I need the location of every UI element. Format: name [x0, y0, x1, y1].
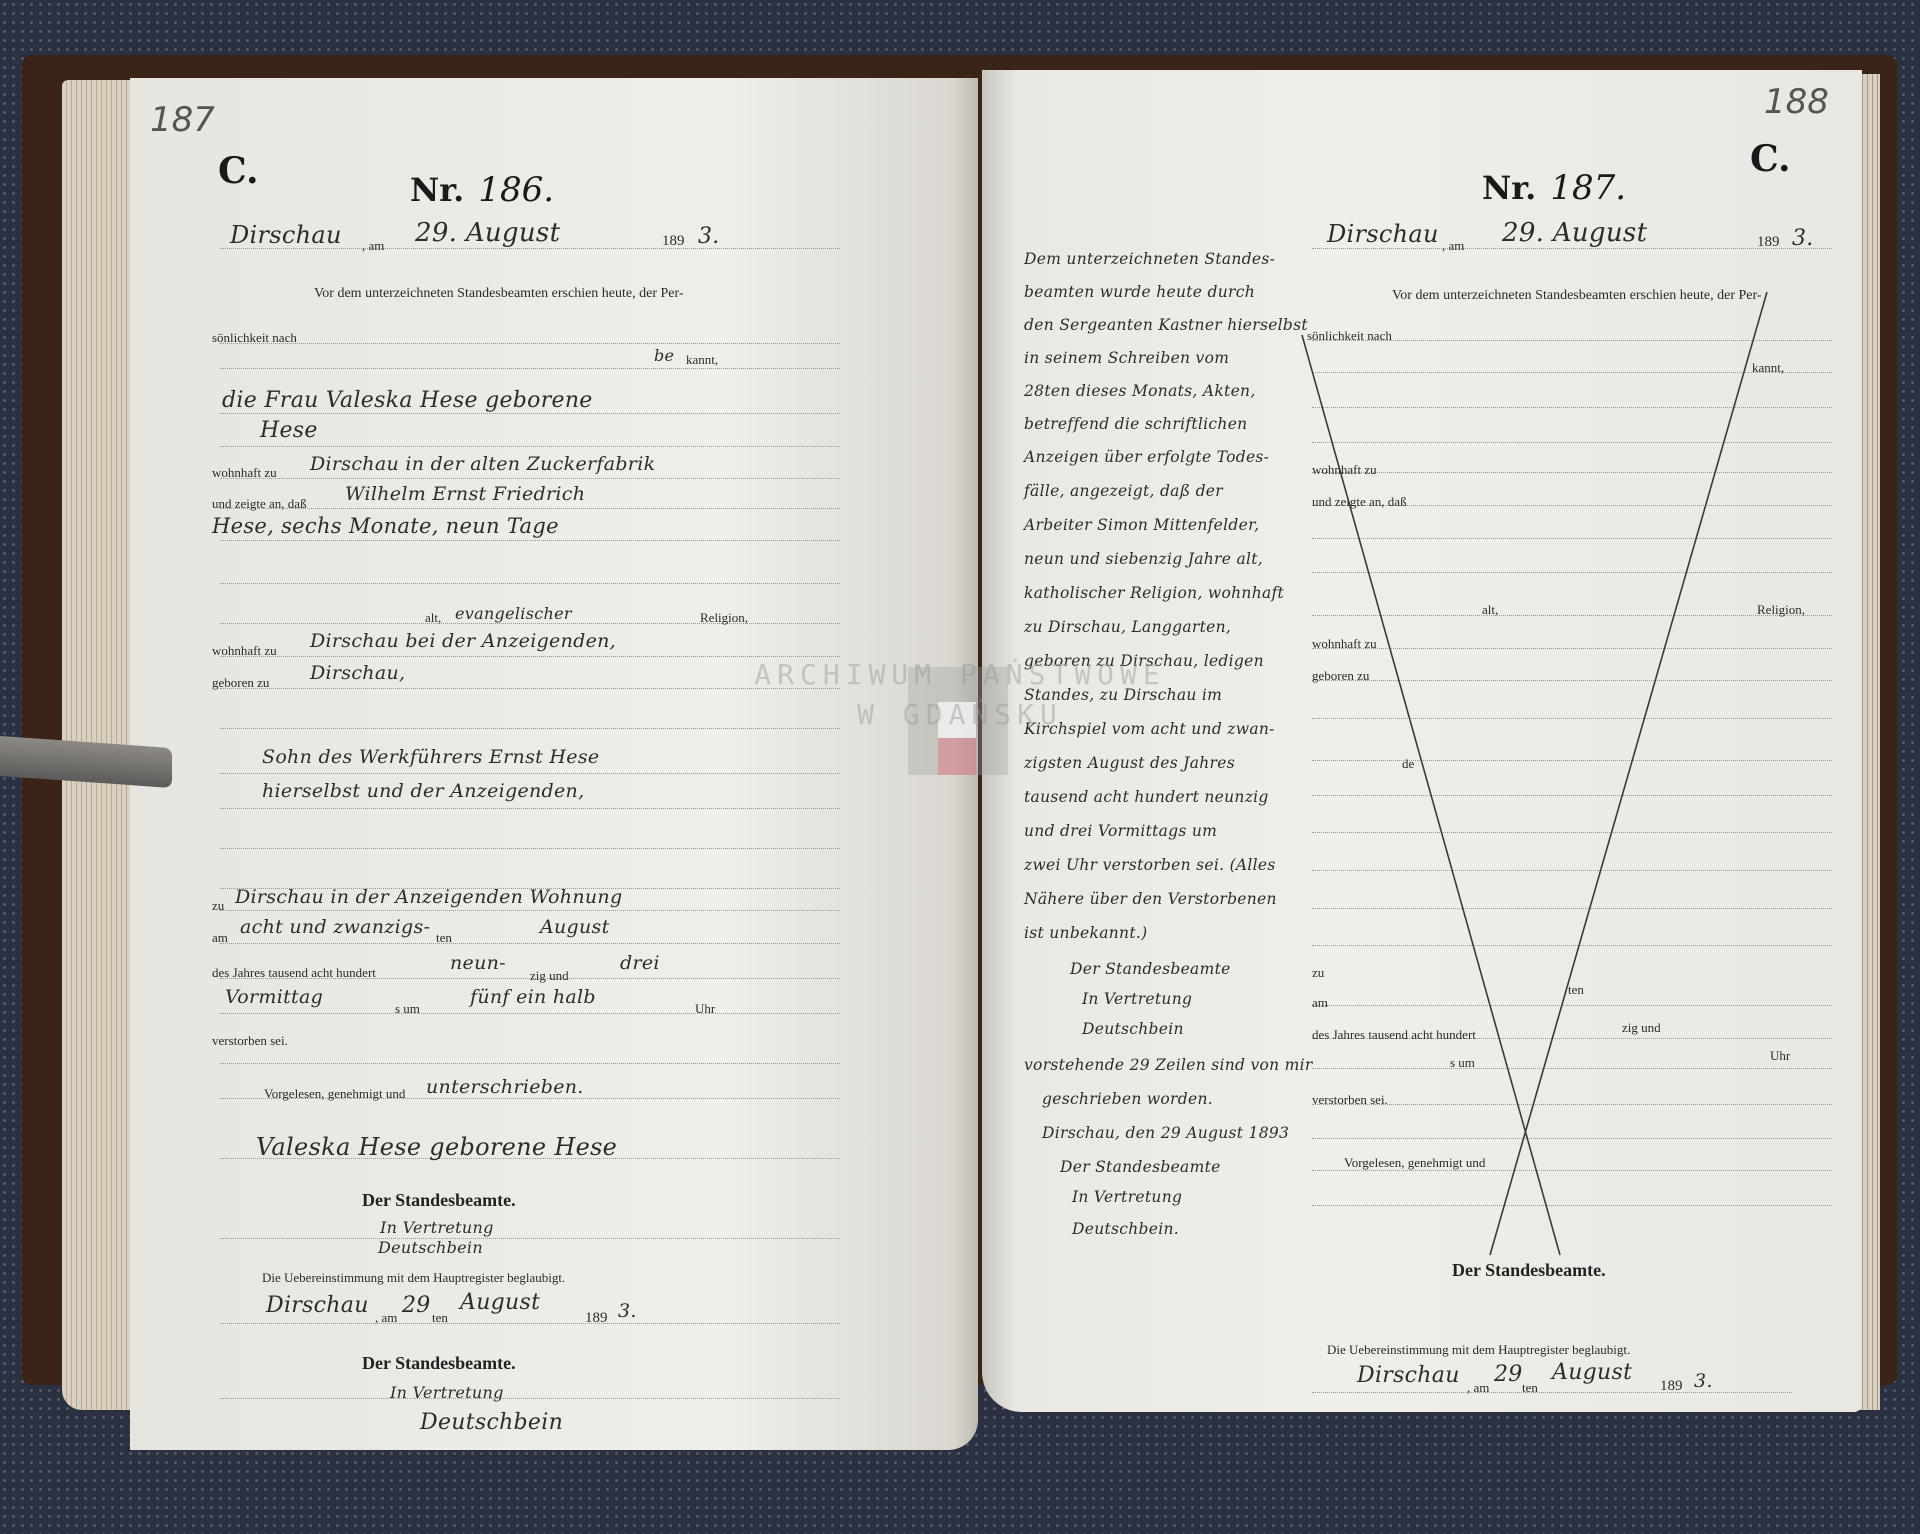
cert-year-prefix: 189: [585, 1310, 608, 1327]
margin-note-line: Deutschbein.: [1072, 1220, 1179, 1238]
margin-note-line: ist unbekannt.): [1024, 924, 1147, 942]
cert-year-suffix: 3.: [618, 1300, 637, 1322]
standesbeamte-heading: Der Standesbeamte.: [1452, 1260, 1606, 1281]
margin-note-line: Anzeigen über erfolgte Todes-: [1024, 448, 1269, 466]
certification-text: Die Uebereinstimmung mit dem Hauptregist…: [1327, 1342, 1630, 1358]
cert-ten-label: ten: [432, 1310, 448, 1326]
religion-label: Religion,: [700, 610, 748, 626]
final-signature-line1: In Vertretung: [390, 1383, 504, 1402]
margin-note-line: Dem unterzeichneten Standes-: [1024, 250, 1275, 268]
decade-handwriting: neun-: [450, 952, 506, 974]
margin-note-line: Dirschau, den 29 August 1893: [1042, 1124, 1289, 1142]
informant-signature: Valeska Hese geborene Hese: [256, 1133, 617, 1161]
section-letter: C.: [1750, 138, 1791, 180]
kannt-label: kannt,: [1752, 360, 1784, 376]
cert-day: 29: [402, 1293, 431, 1318]
record-number: Nr.187.: [1482, 168, 1626, 208]
s-um-label: s um: [395, 1001, 420, 1017]
margin-note-line: katholischer Religion, wohnhaft: [1024, 584, 1284, 602]
vorgelesen-handwriting: unterschrieben.: [426, 1076, 584, 1098]
wohnhaft2-label: wohnhaft zu: [212, 643, 277, 659]
persoenlichkeit-label: sönlichkeit nach: [212, 330, 297, 346]
wohnhaft-label: wohnhaft zu: [212, 465, 277, 481]
informant-residence: Dirschau in der alten Zuckerfabrik: [310, 453, 655, 475]
standesbeamte-heading: Der Standesbeamte.: [362, 1190, 516, 1211]
deceased-line1: Wilhelm Ernst Friedrich: [345, 483, 585, 505]
nr-value: 187.: [1550, 168, 1626, 208]
cert-month: August: [1552, 1360, 1632, 1385]
cert-am-label: , am: [1467, 1380, 1489, 1396]
jahres-label: des Jahres tausend acht hundert: [1312, 1027, 1476, 1043]
birthplace: Dirschau,: [310, 662, 405, 684]
margin-note-line: beamten wurde heute durch: [1024, 283, 1255, 301]
ten-label: ten: [436, 930, 452, 946]
s-um-label: s um: [1450, 1055, 1475, 1071]
margin-note-line: neun und siebenzig Jahre alt,: [1024, 550, 1263, 568]
cert-month: August: [460, 1290, 540, 1315]
watermark-line1: ARCHIWUM PAŃSTWOWE: [620, 655, 1300, 695]
verstorben-label: verstorben sei.: [212, 1033, 288, 1049]
vorgelesen-label: Vorgelesen, genehmigt und: [1344, 1155, 1485, 1171]
wohnhaft2-label: wohnhaft zu: [1312, 636, 1377, 652]
wohnhaft-label: wohnhaft zu: [1312, 462, 1377, 478]
margin-note-line: 28ten dieses Monats, Akten,: [1024, 382, 1256, 400]
margin-note-line: und drei Vormittags um: [1024, 822, 1217, 840]
death-place: Dirschau in der Anzeigenden Wohnung: [235, 886, 622, 908]
margin-note-line: zu Dirschau, Langgarten,: [1024, 618, 1231, 636]
zeigte-label: und zeigte an, daß: [212, 496, 307, 512]
am2-label: am: [1312, 995, 1328, 1011]
intro-text: Vor dem unterzeichneten Standesbeamten e…: [314, 286, 684, 302]
zu-label: zu: [1312, 965, 1324, 981]
persoenlichkeit-label: sönlichkeit nach: [1307, 328, 1392, 344]
record-number: Nr.186.: [410, 170, 554, 210]
margin-note-line: zwei Uhr verstorben sei. (Alles: [1024, 856, 1276, 874]
uhr-label: Uhr: [1770, 1048, 1790, 1064]
deceased-residence: Dirschau bei der Anzeigenden,: [310, 630, 616, 652]
parents-line2: hierselbst und der Anzeigenden,: [262, 780, 584, 802]
official-signature-line2: Deutschbein: [378, 1238, 483, 1257]
pencil-page-number: 187: [150, 100, 215, 140]
zig-label: zig und: [530, 968, 569, 984]
parents-line1: Sohn des Werkführers Ernst Hese: [262, 746, 599, 768]
kannt-label: kannt,: [686, 352, 718, 368]
standesbeamte-heading-2: Der Standesbeamte.: [362, 1353, 516, 1374]
zu-label: zu: [212, 898, 224, 914]
death-month: August: [540, 916, 610, 938]
margin-note-line: betreffend die schriftlichen: [1024, 415, 1247, 433]
margin-note-line: Der Standesbeamte: [1060, 1158, 1221, 1176]
place: Dirschau: [1327, 220, 1439, 248]
informant-line2: Hese: [260, 418, 318, 443]
de-label: de: [1402, 756, 1414, 772]
deceased-line2: Hese, sechs Monate, neun Tage: [212, 514, 559, 538]
uhr-label: Uhr: [695, 1001, 715, 1017]
year-prefix: 189: [662, 233, 685, 250]
margin-note-line: fälle, angezeigt, daß der: [1024, 482, 1223, 500]
death-day: acht und zwanzigs-: [240, 916, 430, 938]
cancellation-cross-mark: [982, 70, 1862, 1412]
year-suffix: 3.: [1792, 226, 1814, 251]
margin-note-line: In Vertretung: [1072, 1188, 1182, 1206]
year-prefix: 189: [1757, 234, 1780, 251]
margin-note-line: In Vertretung: [1082, 990, 1192, 1008]
margin-note-line: Deutschbein: [1082, 1020, 1184, 1038]
hour-handwriting: fünf ein halb: [470, 986, 596, 1008]
margin-note-line: vorstehende 29 Zeilen sind von mir: [1024, 1056, 1313, 1074]
right-page-record-187: 188 C. Nr.187. Dirschau , am 29. August …: [982, 70, 1862, 1412]
am-label: , am: [1442, 238, 1464, 254]
am-label: , am: [362, 238, 384, 254]
verstorben-label: verstorben sei.: [1312, 1092, 1388, 1108]
geboren-label: geboren zu: [212, 675, 269, 691]
cert-place: Dirschau: [266, 1293, 369, 1318]
margin-note-line: geschrieben worden.: [1042, 1090, 1213, 1108]
margin-note-line: zigsten August des Jahres: [1024, 754, 1235, 772]
time-of-day-handwriting: Vormittag: [225, 986, 323, 1008]
date: 29. August: [415, 218, 560, 248]
cert-year-prefix: 189: [1660, 1378, 1683, 1395]
nr-label: Nr.: [1482, 169, 1536, 207]
nr-label: Nr.: [410, 171, 464, 209]
year-unit-handwriting: drei: [620, 952, 660, 974]
certification-text: Die Uebereinstimmung mit dem Hauptregist…: [262, 1270, 565, 1286]
year-suffix: 3.: [698, 224, 720, 249]
jahres-label: des Jahres tausend acht hundert: [212, 965, 376, 981]
kannt-handwriting: be: [654, 346, 674, 365]
margin-note-line: Arbeiter Simon Mittenfelder,: [1024, 516, 1259, 534]
pencil-page-number: 188: [1764, 82, 1829, 122]
archive-watermark: ARCHIWUM PAŃSTWOWE W GDAŃSKU: [620, 655, 1300, 735]
geboren-label: geboren zu: [1312, 668, 1369, 684]
religion-label: Religion,: [1757, 602, 1805, 618]
am2-label: am: [212, 930, 228, 946]
margin-note-line: tausend acht hundert neunzig: [1024, 788, 1269, 806]
ten-label: ten: [1568, 982, 1584, 998]
alt-label: alt,: [1482, 602, 1498, 618]
informant-line1: die Frau Valeska Hese geborene: [222, 388, 593, 413]
margin-note-line: Der Standesbeamte: [1070, 960, 1231, 978]
cert-am-label: , am: [375, 1310, 397, 1326]
nr-value: 186.: [478, 170, 554, 210]
place: Dirschau: [230, 221, 342, 249]
religion-handwriting: evangelischer: [455, 604, 572, 623]
official-signature-line1: In Vertretung: [380, 1218, 494, 1237]
intro-text: Vor dem unterzeichneten Standesbeamten e…: [1392, 288, 1762, 304]
cert-ten-label: ten: [1522, 1380, 1538, 1396]
left-page-record-186: 187 C. Nr.186. Dirschau , am 29. August …: [130, 78, 978, 1450]
zeigte-label: und zeigte an, daß: [1312, 494, 1407, 510]
zig-label: zig und: [1622, 1020, 1661, 1036]
alt-label: alt,: [425, 610, 441, 626]
margin-note-line: in seinem Schreiben vom: [1024, 349, 1229, 367]
margin-note-line: den Sergeanten Kastner hierselbst: [1024, 316, 1308, 334]
vorgelesen-label: Vorgelesen, genehmigt und: [264, 1086, 405, 1102]
watermark-line2: W GDAŃSKU: [620, 695, 1300, 735]
cert-place: Dirschau: [1357, 1363, 1460, 1388]
cert-day: 29: [1494, 1362, 1523, 1387]
final-signature-line2: Deutschbein: [420, 1410, 563, 1435]
section-letter: C.: [218, 150, 259, 192]
margin-note-line: Nähere über den Verstorbenen: [1024, 890, 1277, 908]
cert-year-suffix: 3.: [1694, 1370, 1713, 1392]
date: 29. August: [1502, 218, 1647, 248]
